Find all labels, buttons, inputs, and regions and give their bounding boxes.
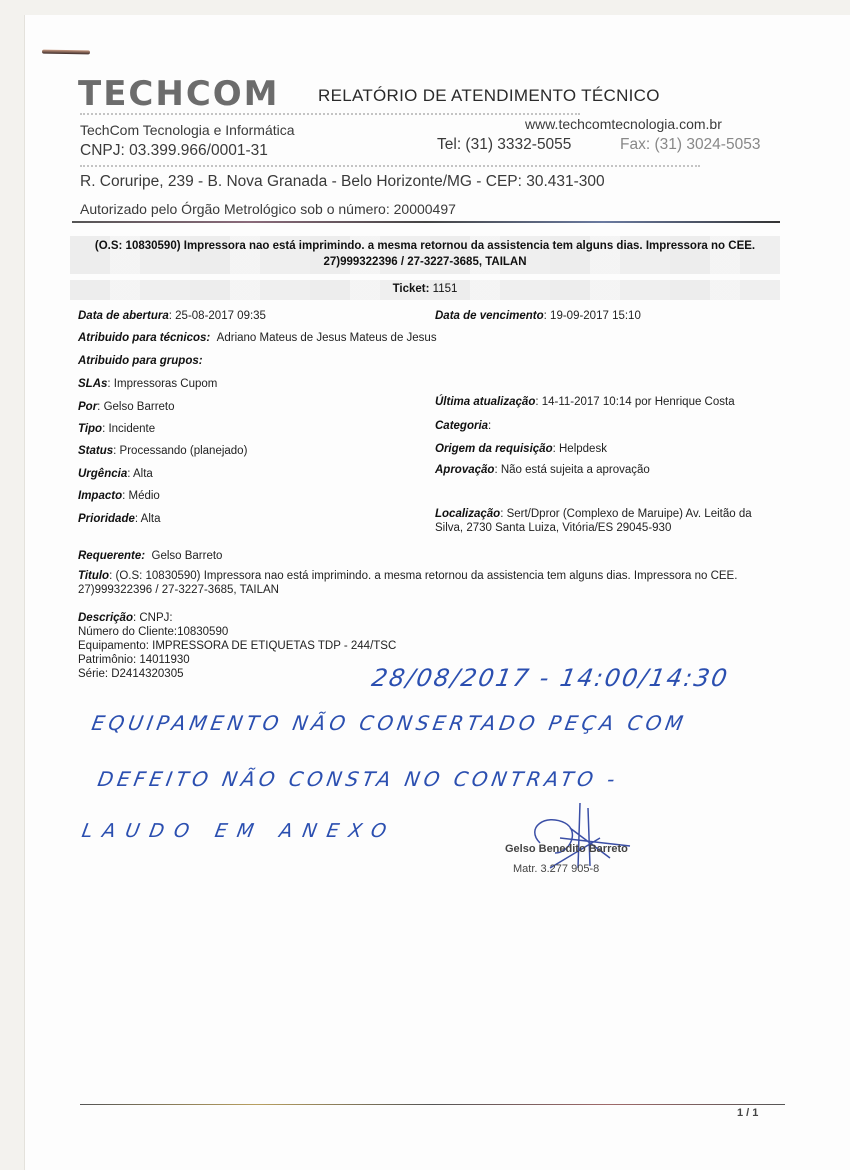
field-value: Helpdesk	[559, 443, 607, 455]
field-por: Por: Gelso Barreto	[78, 399, 175, 415]
field-ultima-atualizacao: Última atualização: 14-11-2017 10:14 por…	[435, 394, 735, 410]
field-tecnicos: Atribuido para técnicos: Adriano Mateus …	[78, 330, 437, 346]
company-logo: TECHCOM	[78, 74, 280, 114]
field-value: (O.S: 10830590) Impressora nao está impr…	[115, 570, 737, 582]
field-label: Status	[78, 445, 113, 457]
field-value: Alta	[133, 468, 153, 480]
signature-registration: Matr. 3.277 905-8	[513, 863, 599, 875]
field-label: Descrição	[78, 612, 133, 624]
company-address: R. Coruripe, 239 - B. Nova Granada - Bel…	[80, 173, 605, 191]
field-value: 19-09-2017 15:10	[550, 310, 641, 322]
field-prioridade: Prioridade: Alta	[78, 511, 160, 527]
field-value-cont: 27)999322396 / 27-3227-3685, TAILAN	[78, 583, 788, 597]
field-label: Atribuido para grupos:	[78, 355, 203, 367]
field-grupos: Atribuido para grupos:	[78, 353, 203, 369]
field-urgencia: Urgência: Alta	[78, 466, 153, 482]
field-descricao: Descrição: CNPJ: Número do Cliente:10830…	[78, 611, 396, 681]
authorization-text: Autorizado pelo Órgão Metrológico sob o …	[80, 201, 456, 217]
company-website[interactable]: www.techcomtecnologia.com.br	[525, 116, 722, 132]
field-label: Localização	[435, 508, 500, 520]
company-tel: Tel: (31) 3332-5055	[437, 136, 571, 154]
field-value: Incidente	[108, 423, 155, 435]
field-value: Adriano Mateus de Jesus Mateus de Jesus	[217, 332, 437, 344]
page-number: 1 / 1	[737, 1107, 758, 1119]
field-origem: Origem da requisição: Helpdesk	[435, 441, 607, 457]
signature-name: Gelso Benedito Barreto	[505, 843, 628, 855]
field-label: Urgência	[78, 468, 127, 480]
description-line: Patrimônio: 14011930	[78, 653, 396, 667]
company-cnpj: CNPJ: 03.399.966/0001-31	[80, 142, 268, 160]
field-value: CNPJ:	[139, 612, 172, 624]
field-label: Atribuido para técnicos:	[78, 332, 210, 344]
field-label: Titulo	[78, 570, 109, 582]
field-label: Data de abertura	[78, 310, 169, 322]
field-slas: SLAs: Impressoras Cupom	[78, 376, 217, 392]
field-data-abertura: Data de abertura: 25-08-2017 09:35	[78, 308, 266, 324]
field-label: Aprovação	[435, 464, 494, 476]
field-value-cont: Silva, 2730 Santa Luiza, Vitória/ES 2904…	[435, 521, 775, 535]
divider	[80, 165, 700, 167]
field-label: Data de vencimento	[435, 310, 544, 322]
company-name: TechCom Tecnologia e Informática	[80, 122, 295, 138]
order-title: (O.S: 10830590) Impressora nao está impr…	[70, 238, 780, 270]
field-label: Requerente:	[78, 550, 145, 562]
field-label: Por	[78, 401, 97, 413]
ticket-number: Ticket: 1151	[70, 283, 780, 295]
field-label: Tipo	[78, 423, 102, 435]
handwritten-datetime: 28/08/2017 - 14:00/14:30	[370, 664, 732, 692]
field-value: Não está sujeita a aprovação	[501, 464, 650, 476]
handwritten-note-line2: DEFEITO NÃO CONSTA NO CONTRATO -	[96, 767, 621, 791]
header-rule	[72, 221, 780, 223]
field-label: Última atualização	[435, 396, 535, 408]
company-fax: Fax: (31) 3024-5053	[620, 136, 760, 154]
field-value: Gelso Barreto	[152, 550, 223, 562]
description-line: Série: D2414320305	[78, 667, 396, 681]
field-tipo: Tipo: Incidente	[78, 421, 155, 437]
divider	[80, 113, 580, 115]
field-status: Status: Processando (planejado)	[78, 443, 247, 459]
field-label: SLAs	[78, 378, 107, 390]
field-value: 14-11-2017 10:14 por Henrique Costa	[542, 396, 735, 408]
order-title-line1: (O.S: 10830590) Impressora nao está impr…	[70, 238, 780, 254]
field-label: Prioridade	[78, 513, 135, 525]
field-label: Categoria	[435, 420, 488, 432]
ticket-value: 1151	[433, 283, 458, 295]
handwritten-note-line1: EQUIPAMENTO NÃO CONSERTADO PEÇA COM	[90, 711, 689, 735]
report-title: RELATÓRIO DE ATENDIMENTO TÉCNICO	[318, 86, 660, 106]
field-requerente: Requerente: Gelso Barreto	[78, 548, 222, 564]
description-line: Número do Cliente:10830590	[78, 625, 396, 639]
field-value: 25-08-2017 09:35	[175, 310, 266, 322]
ticket-label: Ticket:	[393, 283, 430, 295]
staple-mark	[42, 50, 90, 55]
field-localizacao: Localização: Sert/Dpror (Complexo de Mar…	[435, 507, 775, 535]
description-line: Equipamento: IMPRESSORA DE ETIQUETAS TDP…	[78, 639, 396, 653]
field-value: Gelso Barreto	[104, 401, 175, 413]
field-value: Processando (planejado)	[120, 445, 248, 457]
field-data-vencimento: Data de vencimento: 19-09-2017 15:10	[435, 308, 641, 324]
field-label: Impacto	[78, 490, 122, 502]
field-label: Origem da requisição	[435, 443, 553, 455]
field-value: Sert/Dpror (Complexo de Maruipe) Av. Lei…	[507, 508, 752, 520]
field-value: Impressoras Cupom	[114, 378, 218, 390]
handwritten-note-line3: LAUDO EM ANEXO	[80, 820, 398, 842]
field-value: Alta	[141, 513, 161, 525]
field-impacto: Impacto: Médio	[78, 488, 160, 504]
field-aprovacao: Aprovação: Não está sujeita a aprovação	[435, 462, 650, 478]
field-titulo: Titulo: (O.S: 10830590) Impressora nao e…	[78, 569, 788, 597]
footer-rule	[80, 1104, 785, 1105]
field-value: Médio	[128, 490, 159, 502]
order-title-line2: 27)999322396 / 27-3227-3685, TAILAN	[70, 254, 780, 270]
field-categoria: Categoria:	[435, 418, 491, 434]
